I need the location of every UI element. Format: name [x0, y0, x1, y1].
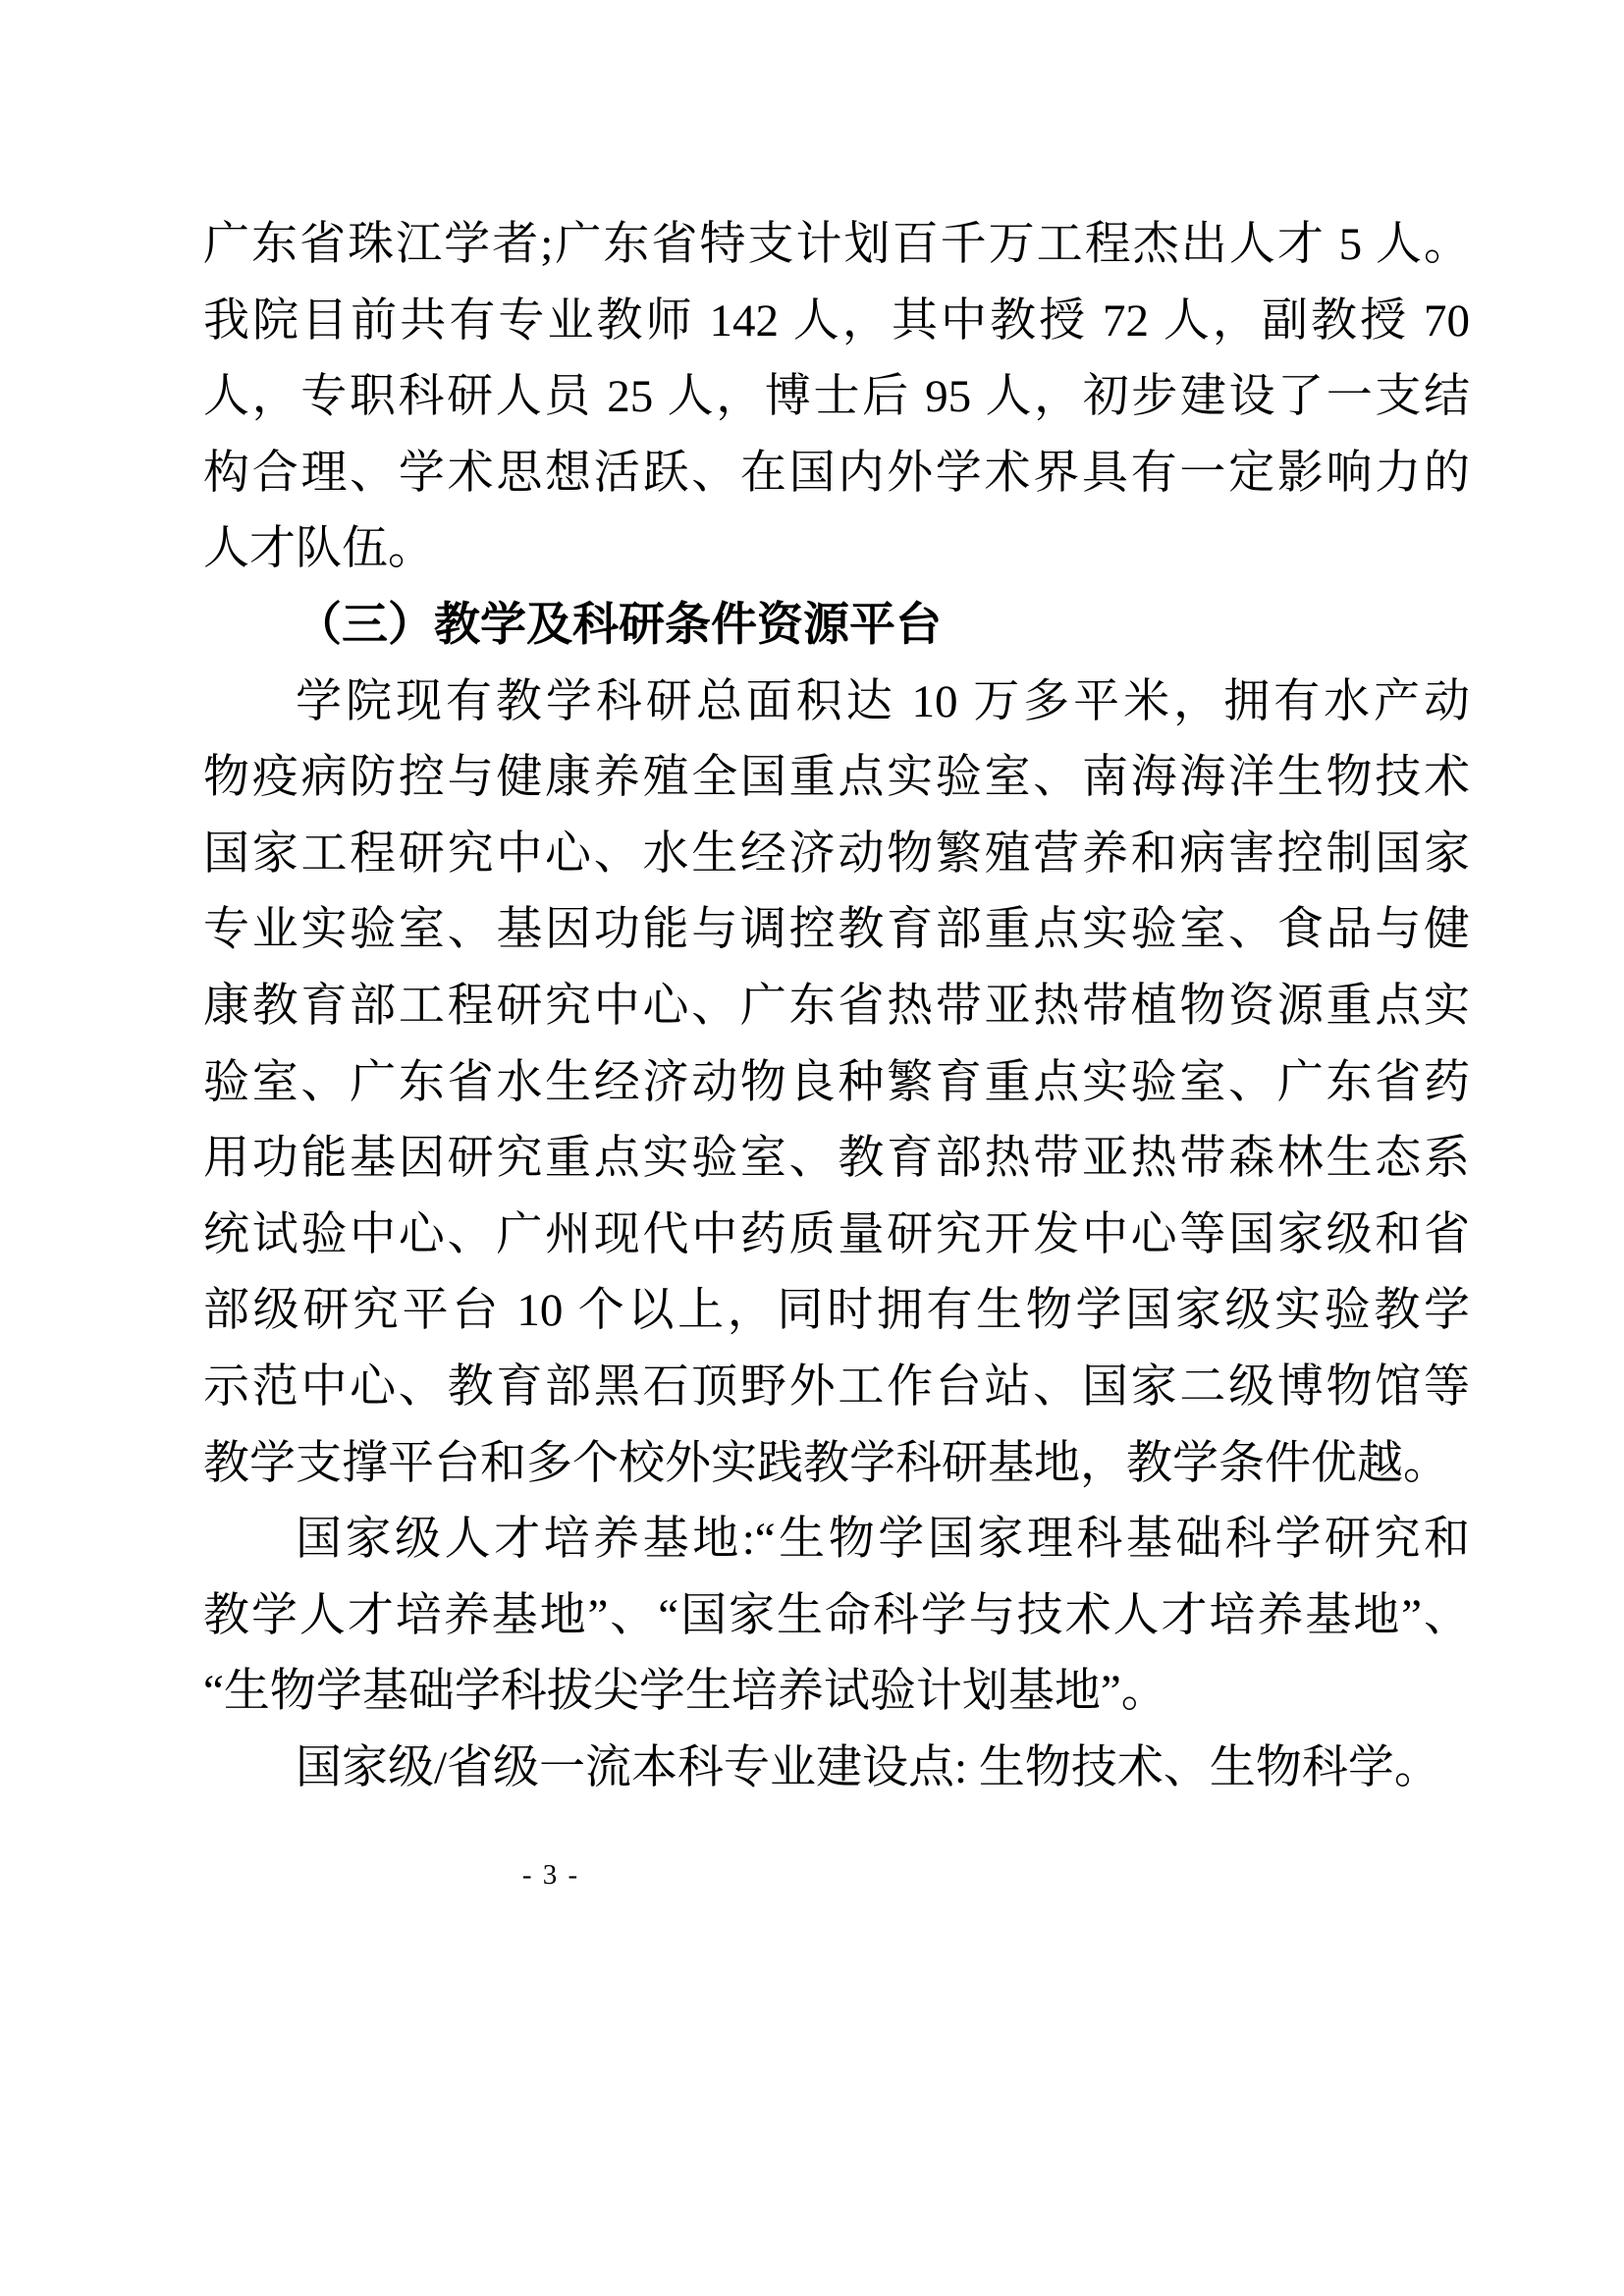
text-line: 统试验中心、广州现代中药质量研究开发中心等国家级和省 — [203, 1198, 1470, 1274]
text-line: 构合理、学术思想活跃、在国内外学术界具有一定影响力的 — [203, 436, 1470, 512]
text-line: 教学支撑平台和多个校外实践教学科研基地，教学条件优越。 — [203, 1426, 1470, 1503]
text-line: 广东省珠江学者;广东省特支计划百千万工程杰出人才 5 人。 — [203, 207, 1470, 284]
text-line: 教学人才培养基地”、“国家生命科学与技术人才培养基地”、 — [203, 1578, 1470, 1655]
text-line: 国家级人才培养基地:“生物学国家理科基础科学研究和 — [203, 1502, 1470, 1578]
text-line: 专业实验室、基因功能与调控教育部重点实验室、食品与健 — [203, 892, 1470, 969]
text-line: 用功能基因研究重点实验室、教育部热带亚热带森林生态系 — [203, 1121, 1470, 1198]
text-line: 我院目前共有专业教师 142 人，其中教授 72 人，副教授 70 — [203, 284, 1470, 360]
text-line: 国家工程研究中心、水生经济动物繁殖营养和病害控制国家 — [203, 817, 1470, 893]
text-line: 人才队伍。 — [203, 511, 1470, 588]
page-number: - 3 - — [522, 1855, 579, 1895]
text-line: “生物学基础学科拔尖学生培养试验计划基地”。 — [203, 1654, 1470, 1731]
text-line: 部级研究平台 10 个以上，同时拥有生物学国家级实验教学 — [203, 1273, 1470, 1350]
text-line: 康教育部工程研究中心、广东省热带亚热带植物资源重点实 — [203, 969, 1470, 1045]
text-line: 人，专职科研人员 25 人，博士后 95 人，初步建设了一支结 — [203, 359, 1470, 436]
text-line: 物疫病防控与健康养殖全国重点实验室、南海海洋生物技术 — [203, 740, 1470, 817]
section-heading: （三）教学及科研条件资源平台 — [203, 588, 1470, 665]
document-page: 广东省珠江学者;广东省特支计划百千万工程杰出人才 5 人。 我院目前共有专业教师… — [0, 0, 1624, 2296]
document-body: 广东省珠江学者;广东省特支计划百千万工程杰出人才 5 人。 我院目前共有专业教师… — [203, 207, 1470, 1806]
text-line: 学院现有教学科研总面积达 10 万多平米，拥有水产动 — [203, 665, 1470, 741]
text-line: 国家级/省级一流本科专业建设点: 生物技术、生物科学。 — [203, 1731, 1470, 1807]
text-line: 验室、广东省水生经济动物良种繁育重点实验室、广东省药 — [203, 1045, 1470, 1122]
text-line: 示范中心、教育部黑石顶野外工作台站、国家二级博物馆等 — [203, 1350, 1470, 1426]
